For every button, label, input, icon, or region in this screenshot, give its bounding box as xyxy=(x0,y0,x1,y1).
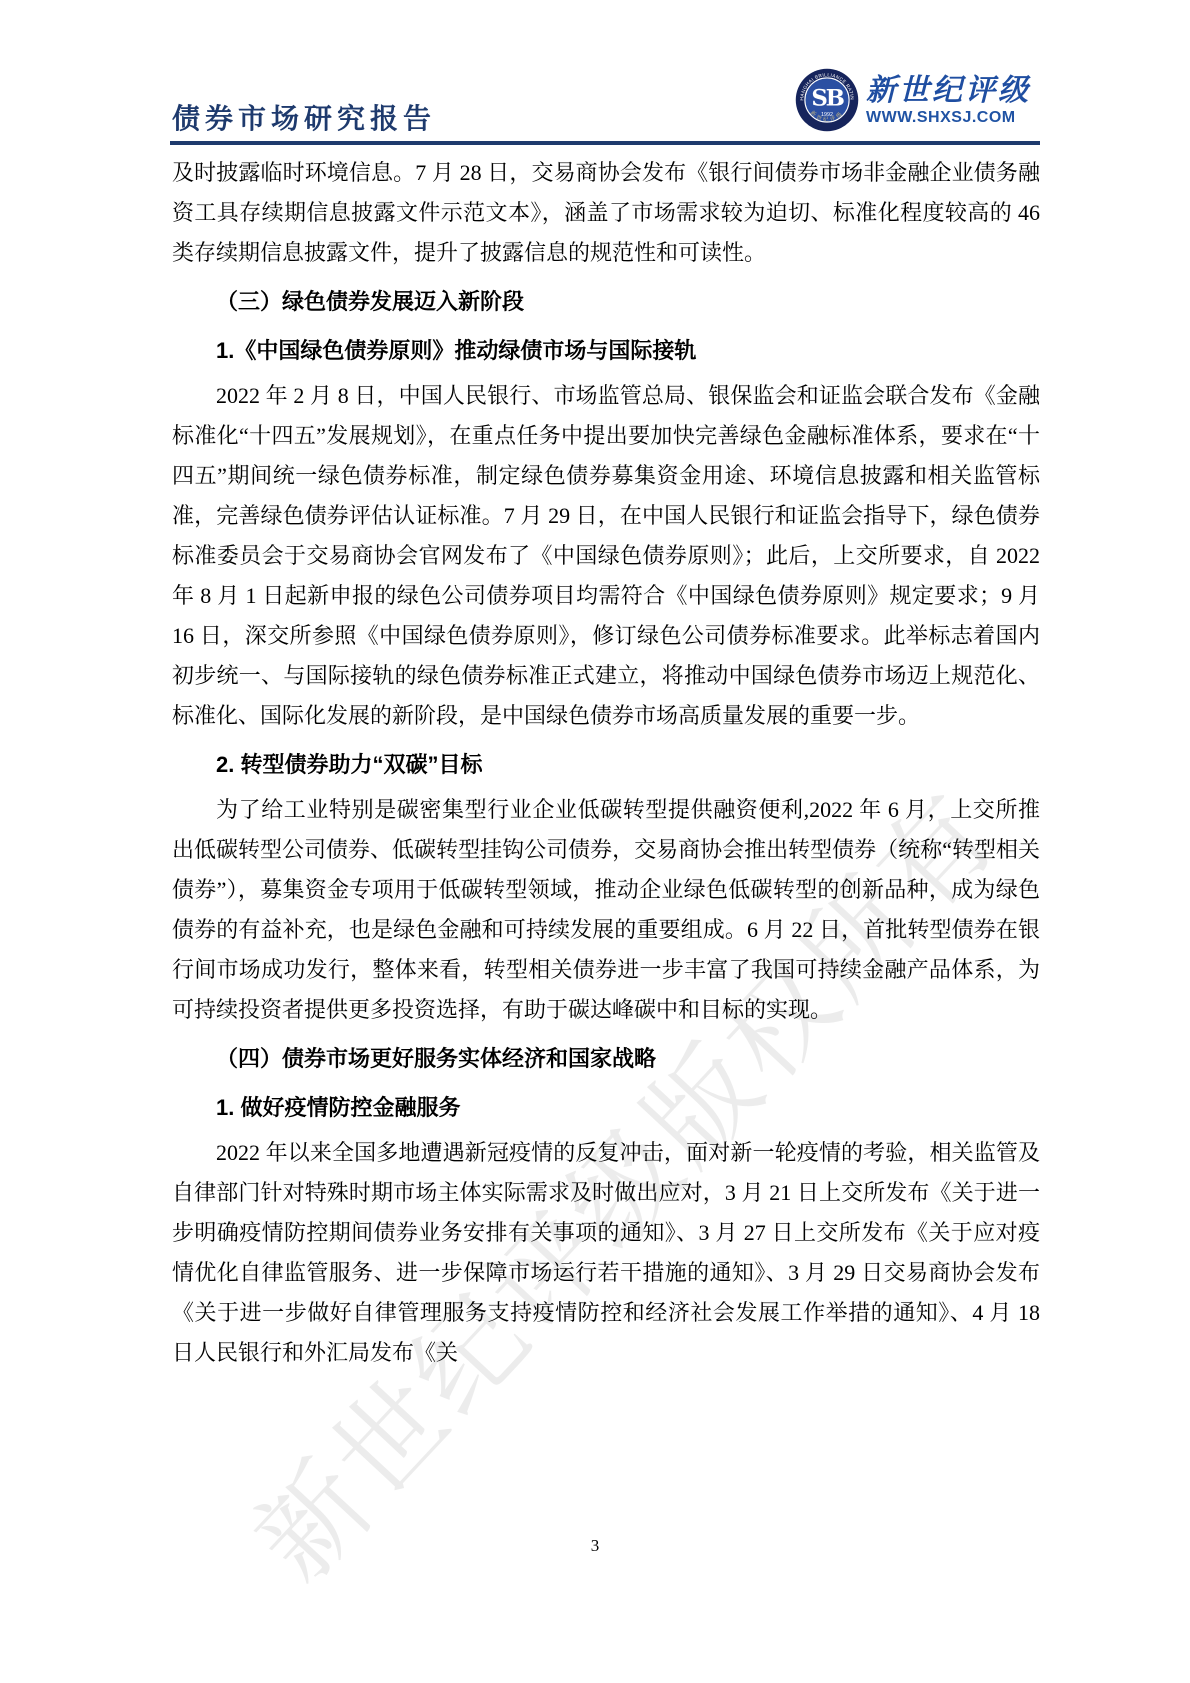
paragraph-continued: 及时披露临时环境信息。7 月 28 日，交易商协会发布《银行间债券市场非金融企业… xyxy=(172,153,1040,273)
subsection-heading-3-2: 2. 转型债券助力“双碳”目标 xyxy=(172,745,1040,785)
subsection-heading-3-1: 1.《中国绿色债券原则》推动绿债市场与国际接轨 xyxy=(172,331,1040,371)
subsection-heading-4-1: 1. 做好疫情防控金融服务 xyxy=(172,1088,1040,1128)
brand-website: WWW.SHXSJ.COM xyxy=(866,108,1031,127)
logo-year: 1992 xyxy=(821,112,833,118)
page-number: 3 xyxy=(0,1536,1190,1556)
brand-block: SHANGHAI BRILLIANCE RATING 新世纪评级 SB 1992… xyxy=(795,68,1031,132)
paragraph: 2022 年 2 月 8 日，中国人民银行、市场监管总局、银保监会和证监会联合发… xyxy=(172,376,1040,736)
report-page: 新世纪评级版权所有 债券市场研究报告 SHANGHAI BRILLIANCE R… xyxy=(0,0,1190,1683)
section-heading-3: （三）绿色债券发展迈入新阶段 xyxy=(172,282,1040,322)
paragraph: 2022 年以来全国多地遭遇新冠疫情的反复冲击，面对新一轮疫情的考验，相关监管及… xyxy=(172,1133,1040,1373)
paragraph: 为了给工业特别是碳密集型行业企业低碳转型提供融资便利,2022 年 6 月，上交… xyxy=(172,790,1040,1030)
report-type-title: 债券市场研究报告 xyxy=(172,97,436,137)
logo-monogram: SB xyxy=(811,85,844,111)
brand-logo-icon: SHANGHAI BRILLIANCE RATING 新世纪评级 SB 1992 xyxy=(795,68,859,132)
report-body: 及时披露临时环境信息。7 月 28 日，交易商协会发布《银行间债券市场非金融企业… xyxy=(172,153,1040,1373)
header-divider xyxy=(170,141,1040,145)
section-heading-4: （四）债券市场更好服务实体经济和国家战略 xyxy=(172,1039,1040,1079)
brand-name: 新世纪评级 xyxy=(866,74,1031,108)
brand-text-block: 新世纪评级 WWW.SHXSJ.COM xyxy=(866,74,1031,127)
